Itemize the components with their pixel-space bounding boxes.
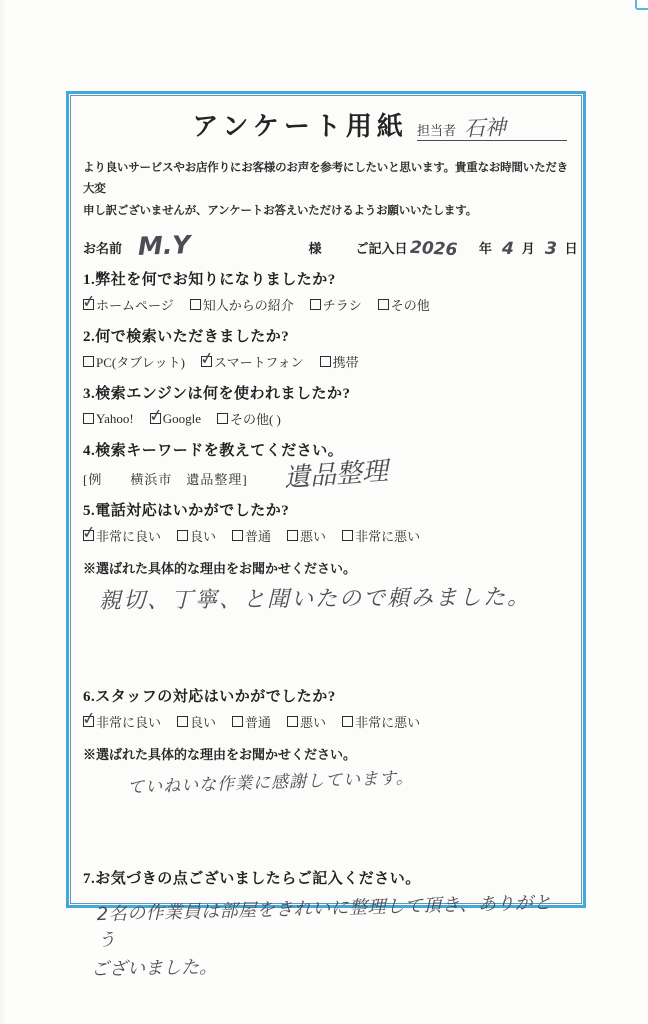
staff-label: 担当者 <box>417 120 456 139</box>
option-label: その他( ) <box>230 409 281 428</box>
option-good: ✓ 良い <box>177 526 216 545</box>
option-label: ホームページ <box>96 295 174 314</box>
option-label: Google <box>163 411 201 427</box>
name-date-row: お名前 M.Y 様 ご記入日 2026 年 4 月 3 日 <box>83 235 569 258</box>
sheet-inner-border: アンケート用紙 担当者 石神 より良いサービスやお店作りにお客様のお声を参考にし… <box>70 95 582 904</box>
option-yahoo: ✓ Yahoo! <box>83 411 134 427</box>
option-label: 悪い <box>300 526 326 545</box>
checkbox-unchecked: ✓ <box>287 716 298 727</box>
checkbox-unchecked: ✓ <box>342 530 353 541</box>
checkbox-unchecked: ✓ <box>232 716 243 727</box>
question-7-heading: 7.お気づきの点ございましたらご記入ください。 <box>83 867 569 888</box>
question-6-reason-answer: ていねいな作業に感謝しています。 <box>99 768 569 793</box>
checkbox-unchecked: ✓ <box>342 716 353 727</box>
option-label: 良い <box>190 712 216 731</box>
check-icon: ✓ <box>147 405 164 427</box>
checkbox-unchecked: ✓ <box>217 413 228 424</box>
checkbox-unchecked: ✓ <box>83 356 94 367</box>
staff-field: 担当者 石神 <box>417 118 567 141</box>
option-label: 非常に良い <box>96 526 161 545</box>
reason-handwritten: 親切、丁寧、と聞いたので頼みました。 <box>99 580 531 615</box>
scan-artifact <box>635 0 648 10</box>
option-normal: ✓ 普通 <box>232 526 271 545</box>
checkbox-unchecked: ✓ <box>177 530 188 541</box>
checkbox-unchecked: ✓ <box>378 299 389 310</box>
intro-text: より良いサービスやお店作りにお客様のお声を参考にしたいと思います。貴重なお時間い… <box>83 158 569 222</box>
option-label: スマートフォン <box>214 352 304 371</box>
name-value-handwritten: M.Y <box>138 234 191 258</box>
option-label: 普通 <box>245 712 271 731</box>
honorific-label: 様 <box>309 238 322 257</box>
year-value-handwritten: 2026 <box>409 241 457 259</box>
option-very-bad: ✓ 非常に悪い <box>342 712 420 731</box>
question-5-reason-note: ※選ばれた具体的な理由をお聞かせください。 <box>83 558 569 577</box>
keyword-example: [例 横浜市 遺品整理] <box>83 469 248 488</box>
option-label: 悪い <box>300 712 326 731</box>
header: アンケート用紙 担当者 石神 <box>83 102 569 150</box>
question-6-reason-note: ※選ばれた具体的な理由をお聞かせください。 <box>83 744 569 763</box>
checkbox-unchecked: ✓ <box>232 530 243 541</box>
checkbox-unchecked: ✓ <box>177 716 188 727</box>
questionnaire-sheet: アンケート用紙 担当者 石神 より良いサービスやお店作りにお客様のお声を参考にし… <box>66 91 586 908</box>
check-icon: ✓ <box>81 708 98 730</box>
name-label: お名前 <box>83 238 122 257</box>
checkbox-checked: ✓ <box>150 413 161 424</box>
answer-handwritten-line-2: ございました。 <box>91 953 217 981</box>
month-value-handwritten: 4 <box>501 242 514 258</box>
checkbox-unchecked: ✓ <box>287 530 298 541</box>
option-label: 非常に良い <box>96 712 161 731</box>
option-normal: ✓ 普通 <box>232 712 271 731</box>
checkbox-checked: ✓ <box>83 530 94 541</box>
check-icon: ✓ <box>199 348 216 370</box>
intro-line-2: 申し訳ございませんが、アンケートお答えいただけるようお願いいたします。 <box>83 205 477 217</box>
checkbox-unchecked: ✓ <box>190 299 201 310</box>
option-label: チラシ <box>323 295 362 314</box>
question-3-heading: 3.検索エンジンは何を使われましたか? <box>83 382 569 403</box>
option-label: 良い <box>190 526 216 545</box>
option-referral: ✓ 知人からの紹介 <box>190 295 294 314</box>
scanned-page: アンケート用紙 担当者 石神 より良いサービスやお店作りにお客様のお声を参考にし… <box>0 0 648 1024</box>
option-other-engine: ✓ その他( ) <box>217 409 281 428</box>
month-label: 月 <box>522 238 535 257</box>
staff-name-handwritten: 石神 <box>464 117 507 139</box>
option-label: PC(タブレット) <box>96 352 185 371</box>
page-title: アンケート用紙 <box>192 106 407 143</box>
checkbox-checked: ✓ <box>201 356 212 367</box>
checkbox-checked: ✓ <box>83 299 94 310</box>
check-icon: ✓ <box>81 522 98 544</box>
question-2-heading: 2.何で検索いただきましたか? <box>83 325 569 346</box>
option-label: Yahoo! <box>96 411 134 427</box>
day-value-handwritten: 3 <box>544 242 557 258</box>
question-1-heading: 1.弊社を何でお知りになりましたか? <box>83 268 569 289</box>
option-label: 携帯 <box>333 352 359 371</box>
checkbox-unchecked: ✓ <box>320 356 331 367</box>
option-very-good: ✓ 非常に良い <box>83 712 161 731</box>
intro-line-1: より良いサービスやお店作りにお客様のお声を参考にしたいと思います。貴重なお時間い… <box>83 162 568 195</box>
option-mobile: ✓ 携帯 <box>320 352 359 371</box>
year-label: 年 <box>479 238 492 257</box>
option-homepage: ✓ ホームページ <box>83 295 174 314</box>
question-6-heading: 6.スタッフの対応はいかがでしたか? <box>83 685 569 706</box>
option-pc-tablet: ✓ PC(タブレット) <box>83 352 185 371</box>
option-label: 普通 <box>245 526 271 545</box>
question-4-answer-row: [例 横浜市 遺品整理] 遺品整理 <box>83 464 569 487</box>
keyword-answer-handwritten: 遺品整理 <box>283 461 388 492</box>
question-5-options: ✓ 非常に良い ✓ 良い ✓ 普通 ✓ 悪い ✓ 非常に悪い <box>83 526 569 545</box>
option-label: 非常に悪い <box>355 526 420 545</box>
option-good: ✓ 良い <box>177 712 216 731</box>
option-very-good: ✓ 非常に良い <box>83 526 161 545</box>
option-label: その他 <box>391 295 430 314</box>
question-7-answer: 2名の作業員は部屋をきれいに整理して頂き、ありがとう ございました。 <box>97 894 569 980</box>
question-5-heading: 5.電話対応はいかがでしたか? <box>83 499 569 520</box>
checkbox-unchecked: ✓ <box>83 413 94 424</box>
option-very-bad: ✓ 非常に悪い <box>342 526 420 545</box>
option-google: ✓ Google <box>150 411 201 427</box>
checkbox-unchecked: ✓ <box>310 299 321 310</box>
option-other: ✓ その他 <box>378 295 430 314</box>
option-label: 非常に悪い <box>355 712 420 731</box>
reason-handwritten: ていねいな作業に感謝しています。 <box>127 763 414 798</box>
option-bad: ✓ 悪い <box>287 526 326 545</box>
check-icon: ✓ <box>81 291 98 313</box>
question-2-options: ✓ PC(タブレット) ✓ スマートフォン ✓ 携帯 <box>83 352 569 371</box>
day-label: 日 <box>565 238 578 257</box>
question-3-options: ✓ Yahoo! ✓ Google ✓ その他( ) <box>83 409 569 428</box>
question-5-reason-answer: 親切、丁寧、と聞いたので頼みました。 <box>99 582 569 613</box>
question-1-options: ✓ ホームページ ✓ 知人からの紹介 ✓ チラシ ✓ その他 <box>83 295 569 314</box>
option-flyer: ✓ チラシ <box>310 295 362 314</box>
option-smartphone: ✓ スマートフォン <box>201 352 304 371</box>
question-6-options: ✓ 非常に良い ✓ 良い ✓ 普通 ✓ 悪い ✓ 非常に悪い <box>83 712 569 731</box>
option-label: 知人からの紹介 <box>203 295 294 314</box>
date-label: ご記入日 <box>356 238 408 257</box>
option-bad: ✓ 悪い <box>287 712 326 731</box>
checkbox-checked: ✓ <box>83 716 94 727</box>
answer-handwritten-line-1: 2名の作業員は部屋をきれいに整理して頂き、ありがとう <box>96 888 569 952</box>
question-4-heading: 4.検索キーワードを教えてください。 <box>83 439 569 460</box>
